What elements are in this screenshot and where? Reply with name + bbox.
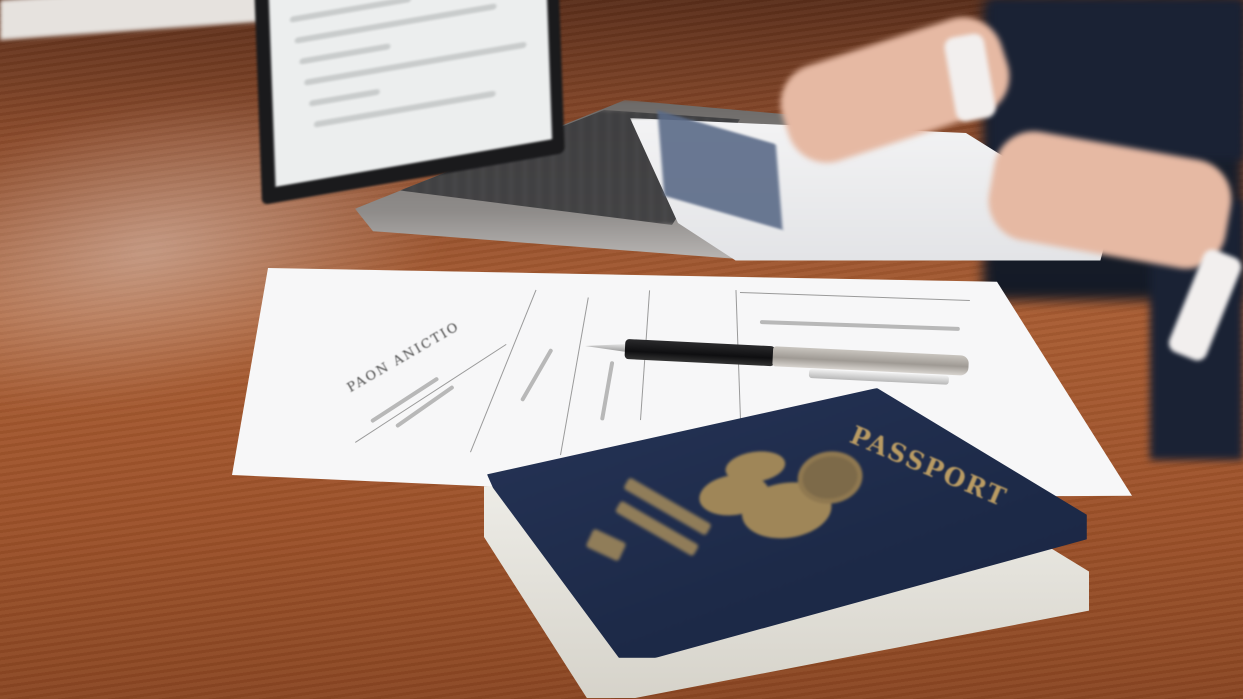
photo-scene: PAON ANICTIO PASSPORT xyxy=(0,0,1243,699)
laptop-display xyxy=(268,0,552,187)
pen-tip xyxy=(585,342,627,352)
